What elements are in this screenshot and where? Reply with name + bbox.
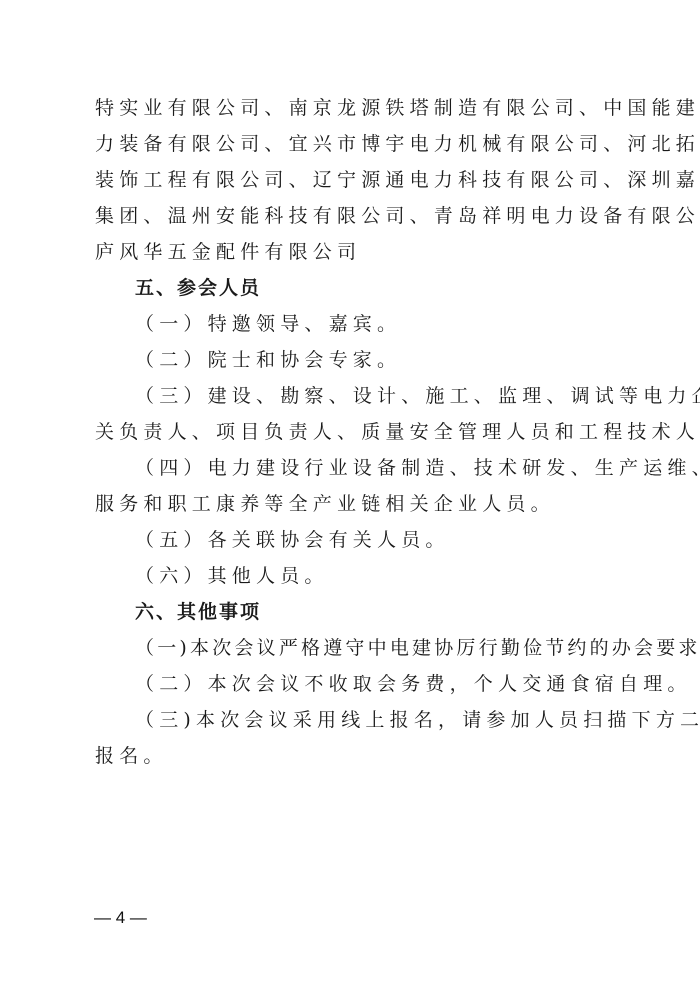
attendee-item-4-cont: 服务和职工康养等全产业链相关企业人员。: [95, 486, 615, 522]
attendee-item-6: （六）其他人员。: [95, 558, 615, 594]
document-body: 特实业有限公司、南京龙源铁塔制造有限公司、中国能建华南电 力装备有限公司、宜兴市…: [95, 90, 615, 774]
attendee-item-4: （四）电力建设行业设备制造、技术研发、生产运维、金融: [95, 450, 615, 486]
other-item-3-cont: 报名。: [95, 738, 615, 774]
section-heading-other-matters: 六、其他事项: [95, 594, 615, 630]
body-line: 力装备有限公司、宜兴市博宇电力机械有限公司、河北拓途建筑: [95, 126, 615, 162]
attendee-item-3: （三）建设、勘察、设计、施工、监理、调试等电力企业相: [95, 378, 615, 414]
attendee-item-1: （一）特邀领导、嘉宾。: [95, 306, 615, 342]
other-item-2: （二）本次会议不收取会务费，个人交通食宿自理。: [95, 666, 615, 702]
body-line: 特实业有限公司、南京龙源铁塔制造有限公司、中国能建华南电: [95, 90, 615, 126]
body-line: 集团、温州安能科技有限公司、青岛祥明电力设备有限公司、桐: [95, 198, 615, 234]
body-line: 庐风华五金配件有限公司: [95, 234, 615, 270]
attendee-item-2: （二）院士和协会专家。: [95, 342, 615, 378]
other-item-1: （一)本次会议严格遵守中电建协厉行勤俭节约的办会要求。: [95, 630, 615, 666]
attendee-item-3-cont: 关负责人、项目负责人、质量安全管理人员和工程技术人员。: [95, 414, 615, 450]
other-item-3: （三)本次会议采用线上报名，请参加人员扫描下方二维码: [95, 702, 615, 738]
section-heading-attendees: 五、参会人员: [95, 270, 615, 306]
document-page: 特实业有限公司、南京龙源铁塔制造有限公司、中国能建华南电 力装备有限公司、宜兴市…: [0, 0, 700, 990]
page-number: — 4 —: [94, 908, 147, 928]
body-line: 装饰工程有限公司、辽宁源通电力科技有限公司、深圳嘉达控股: [95, 162, 615, 198]
attendee-item-5: （五）各关联协会有关人员。: [95, 522, 615, 558]
